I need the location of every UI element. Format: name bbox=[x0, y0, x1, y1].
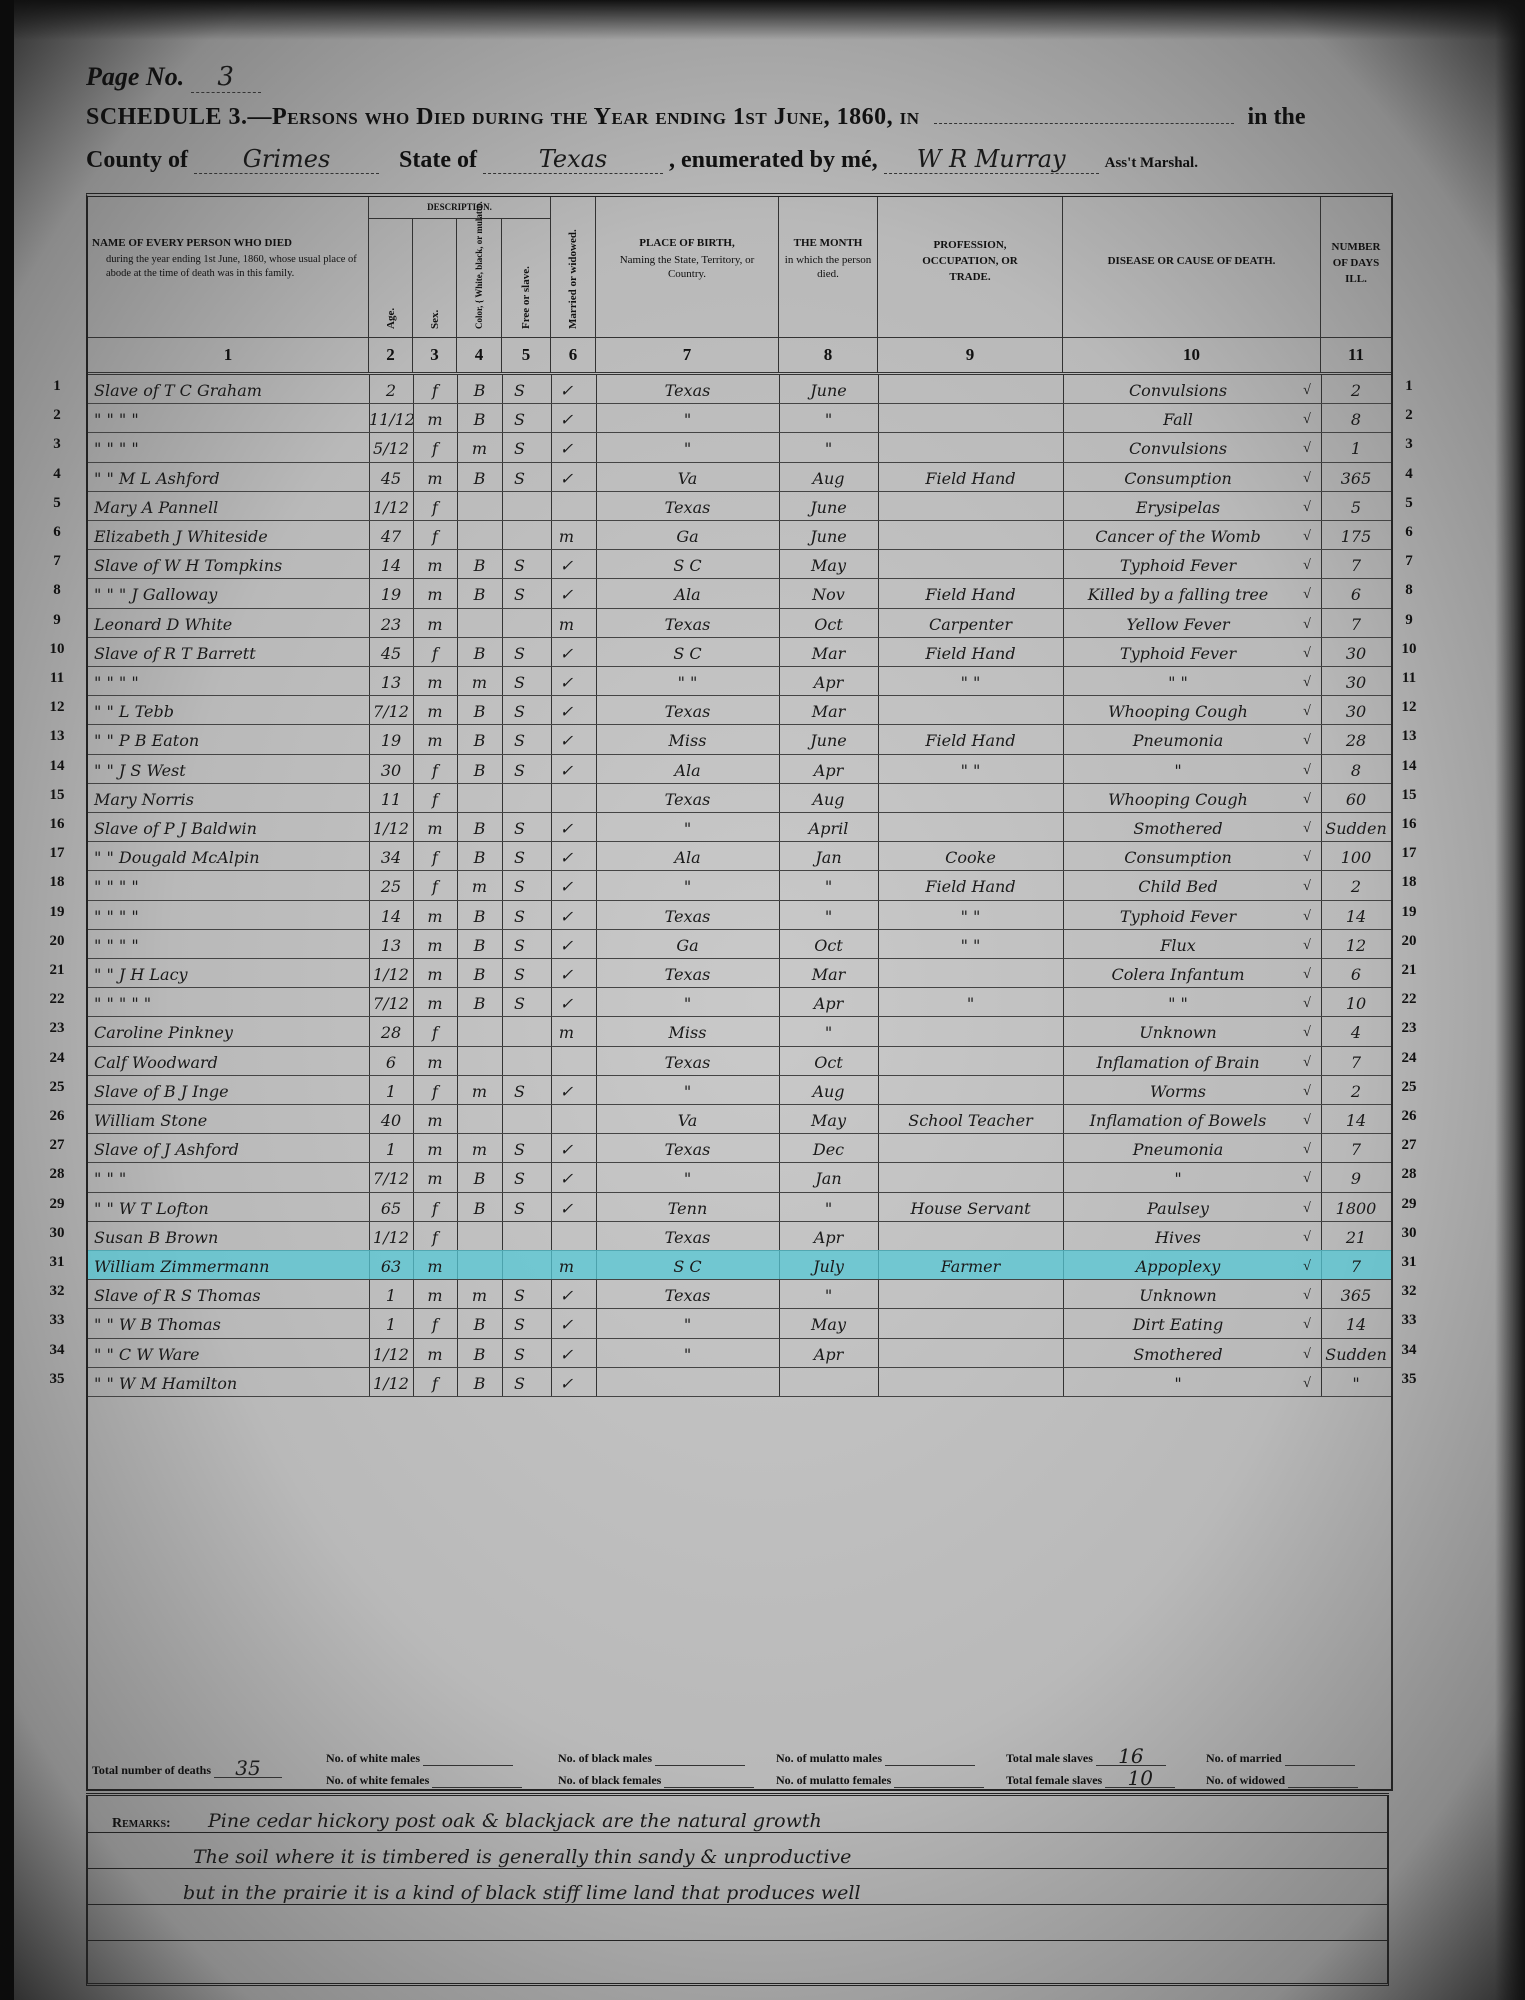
cause-cell: Appoplexy bbox=[1063, 1250, 1293, 1279]
free-slave-cell bbox=[502, 1046, 537, 1075]
table-row[interactable]: " " "7/12mBS✓"Jan"9√ bbox=[88, 1162, 1391, 1192]
header-month-sub: in which the person died. bbox=[783, 253, 873, 281]
table-row[interactable]: " " " "5/12fmS✓""Convulsions1√ bbox=[88, 432, 1391, 462]
birthplace-cell: Texas bbox=[596, 958, 779, 987]
column-number: 6 bbox=[551, 338, 596, 372]
cause-cell: Consumption bbox=[1063, 462, 1293, 491]
color-cell: m bbox=[457, 1279, 502, 1308]
sex-cell: f bbox=[413, 1221, 457, 1250]
table-row[interactable]: " " " "14mBS✓Texas"" "Typhoid Fever14√ bbox=[88, 900, 1391, 930]
person-name: " " " " bbox=[88, 432, 375, 461]
cause-cell: Convulsions bbox=[1063, 374, 1293, 403]
page-number-value: 3 bbox=[191, 62, 261, 93]
birthplace-cell: " bbox=[596, 1338, 779, 1367]
male-slaves-label: Total male slaves bbox=[1006, 1751, 1093, 1765]
row-number-right: 11 bbox=[1396, 670, 1422, 687]
occupation-cell bbox=[878, 695, 1063, 724]
female-slaves-line: Total female slaves 10 bbox=[1006, 1771, 1175, 1788]
checkmark-icon: √ bbox=[1296, 1162, 1318, 1191]
column-number: 3 bbox=[413, 338, 457, 372]
birthplace-cell: Texas bbox=[596, 608, 779, 637]
state-value: Texas bbox=[483, 145, 663, 174]
sex-cell: f bbox=[413, 520, 457, 549]
days-ill-cell: 7 bbox=[1321, 1133, 1391, 1162]
birthplace-cell: Texas bbox=[596, 1133, 779, 1162]
header-name-sub: during the year ending 1st June, 1860, w… bbox=[92, 253, 364, 281]
occupation-cell: " " bbox=[878, 929, 1063, 958]
row-number-left: 1 bbox=[44, 378, 70, 395]
color-cell bbox=[457, 783, 502, 812]
free-slave-cell: S bbox=[502, 1192, 537, 1221]
person-name: Slave of R S Thomas bbox=[88, 1279, 375, 1308]
days-ill-cell: 10 bbox=[1321, 987, 1391, 1016]
married-widowed-cell: ✓ bbox=[537, 549, 596, 578]
free-slave-cell bbox=[502, 783, 537, 812]
table-row[interactable]: Elizabeth J Whiteside47fmGaJuneCancer of… bbox=[88, 520, 1391, 550]
row-number-left: 25 bbox=[44, 1079, 70, 1096]
sex-cell: f bbox=[413, 1075, 457, 1104]
days-ill-cell: 2 bbox=[1321, 870, 1391, 899]
free-slave-cell bbox=[502, 608, 537, 637]
age-cell: 14 bbox=[369, 549, 413, 578]
birthplace-cell: Tenn bbox=[596, 1192, 779, 1221]
days-ill-cell: 14 bbox=[1321, 900, 1391, 929]
checkmark-icon: √ bbox=[1296, 870, 1318, 899]
color-cell bbox=[457, 1104, 502, 1133]
married-widowed-cell: m bbox=[537, 608, 596, 637]
free-slave-cell: S bbox=[502, 841, 537, 870]
person-name: Slave of B J Inge bbox=[88, 1075, 375, 1104]
remarks-section: Remarks: Pine cedar hickory post oak & b… bbox=[86, 1796, 1389, 1986]
person-name: " " W T Lofton bbox=[88, 1192, 375, 1221]
occupation-cell bbox=[878, 374, 1063, 403]
row-number-right: 6 bbox=[1396, 524, 1422, 541]
enumerator-value: W R Murray bbox=[884, 145, 1099, 174]
table-row[interactable]: William Stone40mVaMaySchool TeacherInfla… bbox=[88, 1104, 1391, 1134]
table-row[interactable]: " " P B Eaton19mBS✓MissJuneField HandPne… bbox=[88, 724, 1391, 754]
table-row[interactable]: " " C W Ware1/12mBS✓"AprSmotheredSudden√ bbox=[88, 1338, 1391, 1368]
days-ill-cell: 2 bbox=[1321, 374, 1391, 403]
header-birthplace: PLACE OF BIRTH, Naming the State, Territ… bbox=[596, 197, 779, 337]
days-ill-cell: 5 bbox=[1321, 491, 1391, 520]
sex-cell: f bbox=[413, 491, 457, 520]
married-widowed-cell: ✓ bbox=[537, 695, 596, 724]
occupation-cell bbox=[878, 520, 1063, 549]
color-cell: B bbox=[457, 1367, 502, 1396]
days-ill-cell: 12 bbox=[1321, 929, 1391, 958]
row-number-right: 18 bbox=[1396, 874, 1422, 891]
county-label: County of bbox=[86, 147, 188, 173]
birthplace-cell: Texas bbox=[596, 783, 779, 812]
free-slave-cell: S bbox=[502, 432, 537, 461]
female-slaves-label: Total female slaves bbox=[1006, 1773, 1102, 1787]
occupation-cell bbox=[878, 1162, 1063, 1191]
occupation-cell: School Teacher bbox=[878, 1104, 1063, 1133]
table-row[interactable]: Mary Norris11fTexasAugWhooping Cough60√ bbox=[88, 783, 1391, 813]
birthplace-cell: " " bbox=[596, 666, 779, 695]
occupation-cell bbox=[878, 812, 1063, 841]
month-cell: May bbox=[779, 1308, 878, 1337]
color-cell: B bbox=[457, 374, 502, 403]
sex-cell: m bbox=[413, 1162, 457, 1191]
total-deaths-value: 35 bbox=[214, 1761, 282, 1778]
column-number: 10 bbox=[1063, 338, 1321, 372]
county-value: Grimes bbox=[194, 145, 379, 174]
mulatto-females-line: No. of mulatto females bbox=[776, 1771, 984, 1788]
occupation-cell: Field Hand bbox=[878, 578, 1063, 607]
cause-cell: Smothered bbox=[1063, 812, 1293, 841]
month-cell: " bbox=[779, 1192, 878, 1221]
occupation-cell: Carpenter bbox=[878, 608, 1063, 637]
white-females-value bbox=[432, 1771, 522, 1788]
occupation-cell bbox=[878, 403, 1063, 432]
age-cell: 47 bbox=[369, 520, 413, 549]
birthplace-cell: Miss bbox=[596, 1016, 779, 1045]
cause-cell: Flux bbox=[1063, 929, 1293, 958]
sex-cell: m bbox=[413, 1133, 457, 1162]
occupation-cell: Field Hand bbox=[878, 462, 1063, 491]
married-widowed-cell: ✓ bbox=[537, 374, 596, 403]
occupation-cell: Field Hand bbox=[878, 637, 1063, 666]
header-days-ill-title: NUMBER OF DAYS ILL. bbox=[1325, 239, 1387, 287]
cause-cell: Hives bbox=[1063, 1221, 1293, 1250]
married-widowed-cell bbox=[537, 491, 596, 520]
month-cell: " bbox=[779, 432, 878, 461]
month-cell: Apr bbox=[779, 754, 878, 783]
color-cell: B bbox=[457, 695, 502, 724]
cause-cell: Fall bbox=[1063, 403, 1293, 432]
month-cell: Jan bbox=[779, 841, 878, 870]
age-cell: 1 bbox=[369, 1308, 413, 1337]
row-number-left: 27 bbox=[44, 1137, 70, 1154]
table-row[interactable]: Slave of J Ashford1mmS✓TexasDecPneumonia… bbox=[88, 1133, 1391, 1163]
free-slave-cell: S bbox=[502, 637, 537, 666]
married-widowed-cell: ✓ bbox=[537, 812, 596, 841]
age-cell: 30 bbox=[369, 754, 413, 783]
days-ill-cell: 1800 bbox=[1321, 1192, 1391, 1221]
row-number-right: 15 bbox=[1396, 787, 1422, 804]
color-cell: B bbox=[457, 549, 502, 578]
table-row[interactable]: " " " "25fmS✓""Field HandChild Bed2√ bbox=[88, 870, 1391, 900]
header-description: DESCRIPTION. bbox=[369, 197, 551, 219]
month-cell: April bbox=[779, 812, 878, 841]
free-slave-cell: S bbox=[502, 900, 537, 929]
sex-cell: f bbox=[413, 841, 457, 870]
checkmark-icon: √ bbox=[1296, 958, 1318, 987]
person-name: " " M L Ashford bbox=[88, 462, 375, 491]
days-ill-cell: 28 bbox=[1321, 724, 1391, 753]
color-cell bbox=[457, 520, 502, 549]
married-widowed-cell: ✓ bbox=[537, 578, 596, 607]
row-number-right: 16 bbox=[1396, 816, 1422, 833]
free-slave-cell: S bbox=[502, 1367, 537, 1396]
black-females-label: No. of black females bbox=[558, 1773, 661, 1787]
mulatto-males-line: No. of mulatto males bbox=[776, 1749, 975, 1766]
table-row[interactable]: Slave of R S Thomas1mmS✓Texas"Unknown365… bbox=[88, 1279, 1391, 1309]
table-row[interactable]: " " " " "7/12mBS✓"Apr"" "10√ bbox=[88, 987, 1391, 1017]
sex-cell: f bbox=[413, 637, 457, 666]
color-cell: B bbox=[457, 637, 502, 666]
table-row[interactable]: Caroline Pinkney28fmMiss"Unknown4√ bbox=[88, 1016, 1391, 1046]
age-cell: 11/12 bbox=[369, 403, 413, 432]
row-number-left: 13 bbox=[44, 728, 70, 745]
table-row[interactable]: " " " "13mmS✓" "Apr" "" "30√ bbox=[88, 666, 1391, 696]
days-ill-cell: 8 bbox=[1321, 754, 1391, 783]
sex-cell: m bbox=[413, 1338, 457, 1367]
table-row[interactable]: " " J S West30fBS✓AlaApr" ""8√ bbox=[88, 754, 1391, 784]
header-married: Married or widowed. bbox=[551, 197, 596, 337]
married-value bbox=[1285, 1749, 1355, 1766]
free-slave-cell: S bbox=[502, 1162, 537, 1191]
mulatto-males-label: No. of mulatto males bbox=[776, 1751, 882, 1765]
cause-cell: Typhoid Fever bbox=[1063, 549, 1293, 578]
married-widowed-cell: ✓ bbox=[537, 724, 596, 753]
days-ill-cell: 60 bbox=[1321, 783, 1391, 812]
header-birthplace-sub: Naming the State, Territory, or Country. bbox=[600, 253, 774, 281]
remarks-line-2: The soil where it is timbered is general… bbox=[193, 1846, 851, 1868]
table-row[interactable]: Mary A Pannell1/12fTexasJuneErysipelas5√ bbox=[88, 491, 1391, 521]
free-slave-cell: S bbox=[502, 695, 537, 724]
sex-cell: m bbox=[413, 695, 457, 724]
header-name-title: NAME OF EVERY PERSON WHO DIED bbox=[92, 237, 364, 249]
person-name: " " J H Lacy bbox=[88, 958, 375, 987]
row-number-right: 35 bbox=[1396, 1371, 1422, 1388]
married-widowed-cell: ✓ bbox=[537, 841, 596, 870]
age-cell: 7/12 bbox=[369, 1162, 413, 1191]
cause-cell: Smothered bbox=[1063, 1338, 1293, 1367]
person-name: " " " " bbox=[88, 870, 375, 899]
row-number-right: 31 bbox=[1396, 1254, 1422, 1271]
free-slave-cell bbox=[502, 1016, 537, 1045]
cause-cell: Pneumonia bbox=[1063, 724, 1293, 753]
header-age-label: Age. bbox=[385, 308, 397, 329]
days-ill-cell: 175 bbox=[1321, 520, 1391, 549]
sex-cell: f bbox=[413, 374, 457, 403]
married-widowed-cell: ✓ bbox=[537, 1338, 596, 1367]
birthplace-cell: " bbox=[596, 1075, 779, 1104]
color-cell: B bbox=[457, 987, 502, 1016]
person-name: " " W M Hamilton bbox=[88, 1367, 375, 1396]
person-name: " " " " bbox=[88, 929, 375, 958]
age-cell: 6 bbox=[369, 1046, 413, 1075]
place-blank bbox=[934, 123, 1234, 124]
table-row[interactable]: " " " "11/12mBS✓""Fall8√ bbox=[88, 403, 1391, 433]
cause-cell: Worms bbox=[1063, 1075, 1293, 1104]
sex-cell: f bbox=[413, 1016, 457, 1045]
widowed-label: No. of widowed bbox=[1206, 1773, 1285, 1787]
age-cell: 23 bbox=[369, 608, 413, 637]
row-number-left: 35 bbox=[44, 1371, 70, 1388]
age-cell: 65 bbox=[369, 1192, 413, 1221]
person-name: " " " J Galloway bbox=[88, 578, 375, 607]
table-row-highlighted[interactable]: William Zimmermann63mmS CJulyFarmerAppop… bbox=[88, 1250, 1391, 1280]
table-row[interactable]: " " " J Galloway19mBS✓AlaNovField HandKi… bbox=[88, 578, 1391, 608]
sex-cell: m bbox=[413, 929, 457, 958]
birthplace-cell: Ga bbox=[596, 520, 779, 549]
free-slave-cell: S bbox=[502, 462, 537, 491]
row-number-right: 33 bbox=[1396, 1312, 1422, 1329]
person-name: William Stone bbox=[88, 1104, 375, 1133]
row-number-left: 11 bbox=[44, 670, 70, 687]
married-widowed-cell: ✓ bbox=[537, 1308, 596, 1337]
free-slave-cell bbox=[502, 1250, 537, 1279]
cause-cell: Whooping Cough bbox=[1063, 695, 1293, 724]
age-cell: 2 bbox=[369, 374, 413, 403]
row-number-right: 30 bbox=[1396, 1225, 1422, 1242]
married-widowed-cell: ✓ bbox=[537, 929, 596, 958]
person-name: " " C W Ware bbox=[88, 1338, 375, 1367]
occupation-cell bbox=[878, 1046, 1063, 1075]
checkmark-icon: √ bbox=[1296, 374, 1318, 403]
color-cell: B bbox=[457, 578, 502, 607]
schedule-title-line: SCHEDULE 3.—Persons who Died during the … bbox=[86, 104, 1391, 131]
row-number-right: 10 bbox=[1396, 641, 1422, 658]
birthplace-cell: Texas bbox=[596, 1221, 779, 1250]
header-month-title: THE MONTH bbox=[783, 237, 873, 249]
cause-cell: Killed by a falling tree bbox=[1063, 578, 1293, 607]
month-cell: Apr bbox=[779, 666, 878, 695]
age-cell: 7/12 bbox=[369, 695, 413, 724]
widowed-value bbox=[1288, 1771, 1358, 1788]
table-row[interactable]: " " M L Ashford45mBS✓VaAugField HandCons… bbox=[88, 462, 1391, 492]
row-number-left: 23 bbox=[44, 1020, 70, 1037]
occupation-cell: " " bbox=[878, 900, 1063, 929]
color-cell: B bbox=[457, 841, 502, 870]
free-slave-cell: S bbox=[502, 1279, 537, 1308]
married-widowed-cell: ✓ bbox=[537, 1133, 596, 1162]
cause-cell: Paulsey bbox=[1063, 1192, 1293, 1221]
free-slave-cell: S bbox=[502, 578, 537, 607]
color-cell bbox=[457, 1221, 502, 1250]
table-row[interactable]: Slave of R T Barrett45fBS✓S CMarField Ha… bbox=[88, 637, 1391, 667]
birthplace-cell: S C bbox=[596, 549, 779, 578]
age-cell: 45 bbox=[369, 637, 413, 666]
free-slave-cell bbox=[502, 1104, 537, 1133]
row-number-right: 12 bbox=[1396, 699, 1422, 716]
table-row[interactable]: " " " "13mBS✓GaOct" "Flux12√ bbox=[88, 929, 1391, 959]
table-row[interactable]: Slave of P J Baldwin1/12mBS✓"AprilSmothe… bbox=[88, 812, 1391, 842]
cause-cell: " bbox=[1063, 1367, 1293, 1396]
days-ill-cell: 1 bbox=[1321, 432, 1391, 461]
married-widowed-cell bbox=[537, 1046, 596, 1075]
checkmark-icon: √ bbox=[1296, 432, 1318, 461]
occupation-cell bbox=[878, 783, 1063, 812]
header-description-label: DESCRIPTION. bbox=[373, 202, 546, 212]
table-row[interactable]: Slave of B J Inge1fmS✓"AugWorms2√ bbox=[88, 1075, 1391, 1105]
header-sex-label: Sex. bbox=[429, 310, 441, 329]
month-cell bbox=[779, 1367, 878, 1396]
sex-cell: f bbox=[413, 1367, 457, 1396]
days-ill-cell: 100 bbox=[1321, 841, 1391, 870]
days-ill-cell: 8 bbox=[1321, 403, 1391, 432]
color-cell: m bbox=[457, 870, 502, 899]
row-number-right: 21 bbox=[1396, 962, 1422, 979]
table-row[interactable]: Susan B Brown1/12fTexasAprHives21√ bbox=[88, 1221, 1391, 1251]
married-widowed-cell bbox=[537, 1221, 596, 1250]
total-deaths-line: Total number of deaths 35 bbox=[92, 1761, 282, 1778]
month-cell: June bbox=[779, 491, 878, 520]
table-row[interactable]: " " L Tebb7/12mBS✓TexasMarWhooping Cough… bbox=[88, 695, 1391, 725]
birthplace-cell: " bbox=[596, 403, 779, 432]
remarks-line-3: but in the prairie it is a kind of black… bbox=[183, 1882, 861, 1904]
color-cell: B bbox=[457, 462, 502, 491]
occupation-cell bbox=[878, 1221, 1063, 1250]
column-number: 4 bbox=[457, 338, 502, 372]
white-males-value bbox=[423, 1749, 513, 1766]
occupation-cell bbox=[878, 958, 1063, 987]
row-number-right: 5 bbox=[1396, 495, 1422, 512]
cause-cell: Consumption bbox=[1063, 841, 1293, 870]
married-widowed-cell: ✓ bbox=[537, 958, 596, 987]
color-cell bbox=[457, 1046, 502, 1075]
month-cell: " bbox=[779, 1279, 878, 1308]
row-number-right: 13 bbox=[1396, 728, 1422, 745]
table-row[interactable]: " " W B Thomas1fBS✓"MayDirt Eating14√ bbox=[88, 1308, 1391, 1338]
month-cell: May bbox=[779, 1104, 878, 1133]
occupation-cell: House Servant bbox=[878, 1192, 1063, 1221]
table-row[interactable]: Slave of T C Graham2fBS✓TexasJuneConvuls… bbox=[88, 374, 1391, 404]
checkmark-icon: √ bbox=[1296, 1016, 1318, 1045]
column-number: 7 bbox=[596, 338, 779, 372]
person-name: " " W B Thomas bbox=[88, 1308, 375, 1337]
row-number-right: 26 bbox=[1396, 1108, 1422, 1125]
checkmark-icon: √ bbox=[1296, 549, 1318, 578]
row-number-right: 32 bbox=[1396, 1283, 1422, 1300]
table-row[interactable]: " " Dougald McAlpin34fBS✓AlaJanCookeCons… bbox=[88, 841, 1391, 871]
month-cell: Aug bbox=[779, 783, 878, 812]
row-number-left: 31 bbox=[44, 1254, 70, 1271]
row-number-left: 34 bbox=[44, 1342, 70, 1359]
free-slave-cell: S bbox=[502, 403, 537, 432]
free-slave-cell: S bbox=[502, 549, 537, 578]
table-row[interactable]: " " J H Lacy1/12mBS✓TexasMarColera Infan… bbox=[88, 958, 1391, 988]
row-number-left: 26 bbox=[44, 1108, 70, 1125]
table-row[interactable]: Leonard D White23mmTexasOctCarpenterYell… bbox=[88, 608, 1391, 638]
table-row[interactable]: Calf Woodward6mTexasOctInflamation of Br… bbox=[88, 1046, 1391, 1076]
table-row[interactable]: " " W M Hamilton1/12fBS✓""√ bbox=[88, 1367, 1391, 1397]
table-row[interactable]: " " W T Lofton65fBS✓Tenn"House ServantPa… bbox=[88, 1192, 1391, 1222]
sex-cell: m bbox=[413, 724, 457, 753]
table-row[interactable]: Slave of W H Tompkins14mBS✓S CMayTyphoid… bbox=[88, 549, 1391, 579]
month-cell: " bbox=[779, 870, 878, 899]
occupation-cell: " bbox=[878, 987, 1063, 1016]
widowed-line: No. of widowed bbox=[1206, 1771, 1358, 1788]
cause-cell: Dirt Eating bbox=[1063, 1308, 1293, 1337]
married-widowed-cell: ✓ bbox=[537, 666, 596, 695]
row-number-left: 3 bbox=[44, 436, 70, 453]
age-cell: 28 bbox=[369, 1016, 413, 1045]
age-cell: 11 bbox=[369, 783, 413, 812]
checkmark-icon: √ bbox=[1296, 491, 1318, 520]
occupation-cell bbox=[878, 1279, 1063, 1308]
married-widowed-cell: ✓ bbox=[537, 1279, 596, 1308]
deaths-table: NAME OF EVERY PERSON WHO DIED during the… bbox=[86, 193, 1393, 1791]
occupation-cell: Field Hand bbox=[878, 870, 1063, 899]
birthplace-cell: Texas bbox=[596, 1279, 779, 1308]
month-cell: Oct bbox=[779, 1046, 878, 1075]
sex-cell: m bbox=[413, 958, 457, 987]
male-slaves-value: 16 bbox=[1096, 1749, 1166, 1766]
row-number-right: 3 bbox=[1396, 436, 1422, 453]
checkmark-icon: √ bbox=[1296, 754, 1318, 783]
sex-cell: m bbox=[413, 900, 457, 929]
cause-cell: Convulsions bbox=[1063, 432, 1293, 461]
cause-cell: Cancer of the Womb bbox=[1063, 520, 1293, 549]
row-number-left: 16 bbox=[44, 816, 70, 833]
page-number-line: Page No. 3 bbox=[86, 62, 261, 93]
remarks-line-1: Pine cedar hickory post oak & blackjack … bbox=[208, 1810, 822, 1832]
cause-cell: Pneumonia bbox=[1063, 1133, 1293, 1162]
